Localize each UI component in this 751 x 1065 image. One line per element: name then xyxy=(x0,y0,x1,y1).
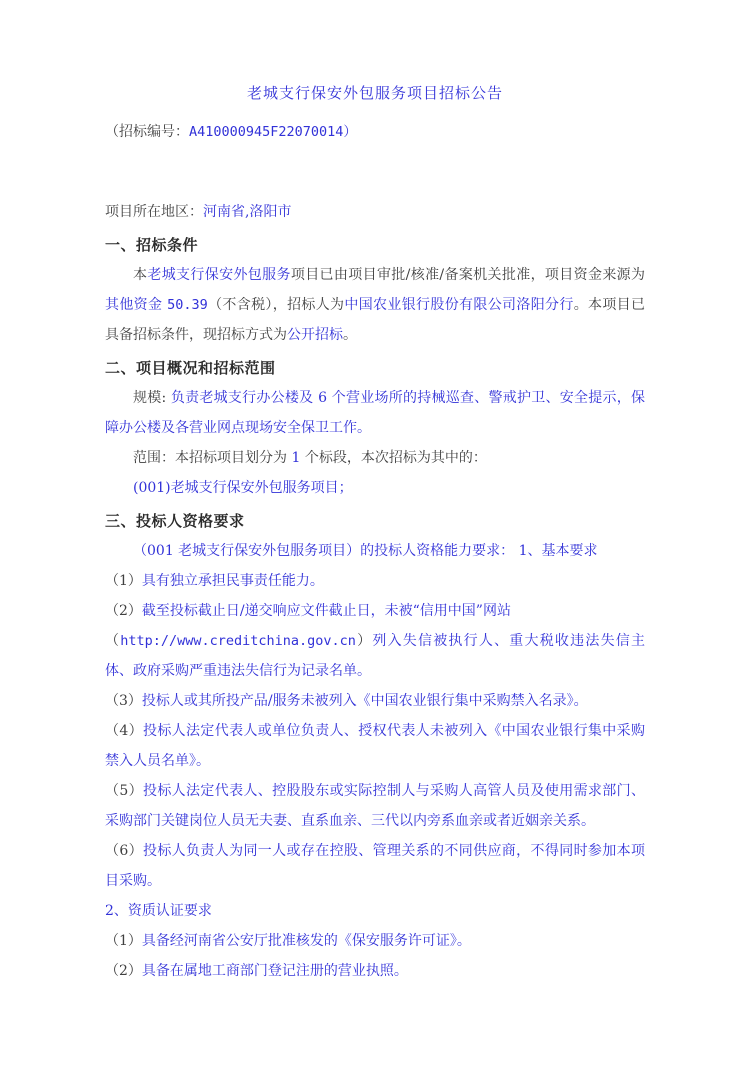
text-segment: 公开招标 xyxy=(287,327,343,343)
text-segment: （1） xyxy=(105,933,142,949)
section-3-heading: 三、投标人资格要求 xyxy=(105,506,645,536)
project-region-line: 项目所在地区：河南省,洛阳市 xyxy=(105,197,645,227)
text-segment: 规模: xyxy=(133,390,171,406)
text-segment: 范围：本招标项目划分为 xyxy=(133,450,291,466)
text-segment: 老城支行保安外包服务 xyxy=(147,267,291,283)
basic-requirement-6: （6）投标人负责人为同一人或存在控股、管理关系的不同供应商，不得同时参加本项目采… xyxy=(105,836,645,896)
basic-requirement-2-continued: （http://www.creditchina.gov.cn）列入失信被执行人、… xyxy=(105,626,645,686)
project-region-label: 项目所在地区： xyxy=(105,204,203,220)
qualification-intro-line: （001 老城支行保安外包服务项目）的投标人资格能力要求： 1、基本要求 xyxy=(105,536,645,566)
basic-requirement-4: （4）投标人法定代表人或单位负责人、授权代表人未被列入《中国农业银行集中采购禁入… xyxy=(105,716,645,776)
qualification-requirement-1: （1）具备经河南省公安厅批准核发的《保安服务许可证》。 xyxy=(105,926,645,956)
text-segment: 负责老城支行办公楼及 6 个营业场所的持械巡查、警戒护卫、安全提示，保障办公楼及… xyxy=(105,390,645,436)
text-segment: 投标人负责人为同一人或存在控股、管理关系的不同供应商，不得同时参加本项目采购。 xyxy=(105,843,645,889)
section-1-heading: 一、招标条件 xyxy=(105,230,645,260)
text-segment: 具备经河南省公安厅批准核发的《保安服务许可证》。 xyxy=(142,933,471,949)
tender-announcement-page: 老城支行保安外包服务项目招标公告 （招标编号：A410000945F220700… xyxy=(0,0,751,1065)
text-segment: （ xyxy=(105,633,120,649)
qualification-requirement-2: （2）具备在属地工商部门登记注册的营业执照。 xyxy=(105,956,645,986)
text-segment: (001)老城支行保安外包服务项目； xyxy=(133,480,353,496)
basic-requirement-5: （5）投标人法定代表人、控股股东或实际控制人与采购人高管人员及使用需求部门、采购… xyxy=(105,776,645,836)
text-segment: 。 xyxy=(343,327,357,343)
basic-requirement-2: （2）截至投标截止日/递交响应文件截止日，未被“信用中国”网站 xyxy=(105,596,645,626)
text-segment: （不含税），招标人为 xyxy=(208,297,345,313)
text-segment: 50.39 xyxy=(167,297,208,313)
project-region-value: 河南省,洛阳市 xyxy=(203,204,291,220)
text-segment: ） xyxy=(356,633,372,649)
text-segment: 具有独立承担民事责任能力。 xyxy=(142,573,324,589)
lot-001-line: (001)老城支行保安外包服务项目； xyxy=(105,473,645,503)
basic-requirement-3: （3）投标人或其所投产品/服务未被列入《中国农业银行集中采购禁入名录》。 xyxy=(105,686,645,716)
text-segment: 中国农业银行股份有限公司洛阳分行 xyxy=(344,297,573,313)
text-segment: 本 xyxy=(133,267,147,283)
text-segment: 具备在属地工商部门登记注册的营业执照。 xyxy=(142,963,408,979)
tender-number-value: A410000945F22070014） xyxy=(189,124,357,140)
text-segment: 个标段，本次招标为其中的： xyxy=(300,450,486,466)
tender-number-label: （招标编号： xyxy=(105,124,189,140)
text-segment: 投标人法定代表人或单位负责人、授权代表人未被列入《中国农业银行集中采购禁入人员名… xyxy=(105,723,645,769)
project-scale-paragraph: 规模: 负责老城支行办公楼及 6 个营业场所的持械巡查、警戒护卫、安全提示，保障… xyxy=(105,383,645,443)
text-segment: 截至投标截止日/递交响应文件截止日，未被“信用中国”网站 xyxy=(142,603,511,619)
document-title: 老城支行保安外包服务项目招标公告 xyxy=(105,84,645,103)
text-segment: 2、资质认证要求 xyxy=(105,903,212,919)
text-segment: （4） xyxy=(105,723,143,739)
text-segment: （1） xyxy=(105,573,142,589)
text-segment: 投标人或其所投产品/服务未被列入《中国农业银行集中采购禁入名录》。 xyxy=(142,693,588,709)
text-segment: http://www.creditchina.gov.cn xyxy=(120,633,356,649)
basic-requirement-1: （1）具有独立承担民事责任能力。 xyxy=(105,566,645,596)
project-scope-paragraph: 范围：本招标项目划分为 1 个标段，本次招标为其中的： xyxy=(105,443,645,473)
text-segment: （2） xyxy=(105,603,142,619)
text-segment: （001 老城支行保安外包服务项目）的投标人资格能力要求： 1、基本要求 xyxy=(133,543,598,559)
text-segment: 投标人法定代表人、控股股东或实际控制人与采购人高管人员及使用需求部门、采购部门关… xyxy=(105,783,645,829)
tender-number-line: （招标编号：A410000945F22070014） xyxy=(105,117,645,147)
text-segment: 其他资金 xyxy=(105,297,167,313)
text-segment: （5） xyxy=(105,783,143,799)
text-segment: 项目已由项目审批/核准/备案机关批准，项目资金来源为 xyxy=(291,267,645,283)
section-2-heading: 二、项目概况和招标范围 xyxy=(105,353,645,383)
section-1-conditions-paragraph: 本老城支行保安外包服务项目已由项目审批/核准/备案机关批准，项目资金来源为其他资… xyxy=(105,260,645,350)
text-segment: （6） xyxy=(105,843,143,859)
qualification-certification-heading: 2、资质认证要求 xyxy=(105,896,645,926)
text-segment: （3） xyxy=(105,693,142,709)
text-segment: （2） xyxy=(105,963,142,979)
